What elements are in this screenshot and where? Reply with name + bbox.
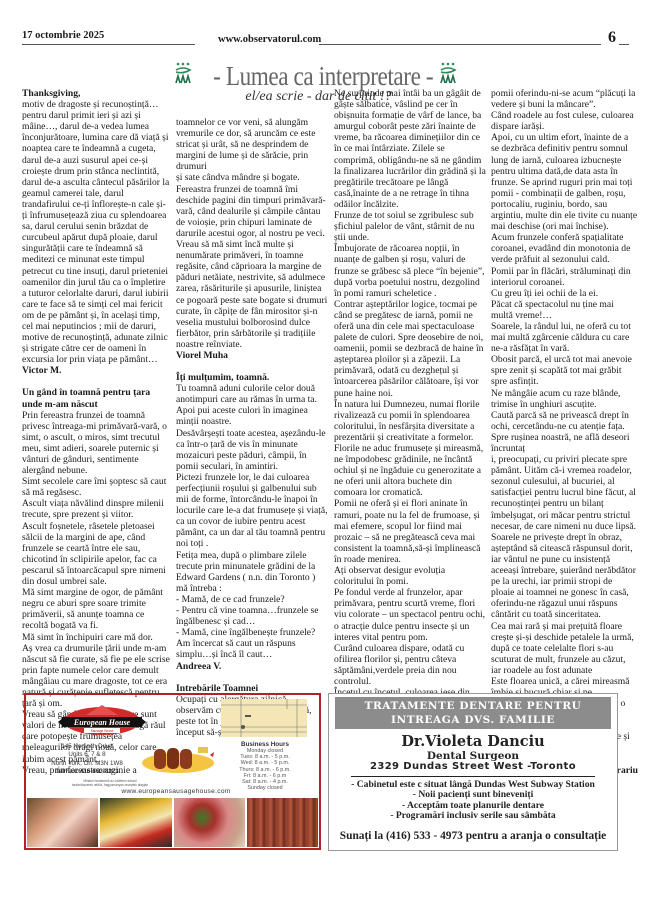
header-rule bbox=[22, 44, 195, 45]
article-title: Thanksgiving, bbox=[22, 88, 170, 99]
people-group-icon bbox=[174, 62, 192, 84]
svg-text:European House: European House bbox=[73, 718, 131, 727]
article-paragraph: Pomii ne oferă și ei flori aninate în ra… bbox=[334, 498, 486, 565]
people-group-icon bbox=[439, 62, 457, 84]
sausages-photo bbox=[247, 798, 318, 847]
article-paragraph: Ne surprinde mai întâi ba un gâgâit de g… bbox=[334, 88, 486, 210]
article-paragraph: Pictezi frunzele lor, le dai culoarea pe… bbox=[176, 472, 328, 550]
article-paragraph: - Mamă, cine îngălbenește frunzele? bbox=[176, 627, 328, 638]
article-paragraph: Ascult foșnetele, râsetele pletoasei săl… bbox=[22, 521, 170, 588]
article-paragraph: Obosit parcă, el urcă tot mai anevoie sp… bbox=[491, 354, 638, 387]
european-house-logo: European House Sausage House bbox=[56, 703, 148, 737]
article-author: Andreea V. bbox=[176, 661, 328, 672]
article-paragraph: Desăvârșești toate acestea, așezându-le … bbox=[176, 428, 328, 472]
dentist-ad[interactable]: TRATAMENTE DENTARE PENTRU INTREAGA DVS. … bbox=[328, 693, 618, 851]
article-paragraph: Păcat că spectacolul nu ține mai multă v… bbox=[491, 299, 638, 321]
cheese-photo bbox=[100, 798, 171, 847]
page-header: 17 octombrie 2025 www.observatorul.com 6 bbox=[22, 30, 624, 50]
article-paragraph: i, preocupați, cu priviri plecate spre p… bbox=[491, 454, 638, 620]
article-paragraph: Spre rușinea noastră, ne află deseori în… bbox=[491, 432, 638, 454]
article-paragraph: Contrar așteptărilor logice, tocmai pe c… bbox=[334, 299, 486, 399]
column-1: Thanksgiving, motiv de dragoste și recun… bbox=[22, 88, 170, 776]
store-website[interactable]: www.europeansausagehouse.com bbox=[66, 788, 286, 795]
article-paragraph-continued: toamnelor ce vor veni, să alungăm vremur… bbox=[176, 117, 328, 184]
article-paragraph: Mă simt în închipuiri care mă dor. bbox=[22, 632, 170, 643]
article-author: Viorel Muha bbox=[176, 350, 328, 361]
article-paragraph: Ne mângâie acum cu raze blânde, trimise … bbox=[491, 388, 638, 410]
article-paragraph: Pe fondul verde al frunzelor, apar primă… bbox=[334, 587, 486, 642]
divider bbox=[351, 776, 595, 777]
article-paragraph: Acum frunzele conferă spațialitate coroa… bbox=[491, 232, 638, 265]
header-rule bbox=[319, 44, 601, 45]
article-paragraph: Am încercat să caut un răspuns simplu…și… bbox=[176, 638, 328, 660]
article-paragraph: Fetița mea, după o plimbare zilele trecu… bbox=[176, 550, 328, 594]
article-paragraph: Prin fereastra frunzei de toamnă privesc… bbox=[22, 410, 170, 477]
page-number: 6 bbox=[608, 29, 616, 47]
column-3: Ne surprinde mai întâi ba un gâgâit de g… bbox=[334, 88, 486, 709]
store-map[interactable] bbox=[221, 699, 307, 737]
clinic-features: - Cabinetul este c situat lângă Dundas W… bbox=[329, 780, 617, 822]
article-paragraph: În natura lui Dumnezeu, numai florile ri… bbox=[334, 399, 486, 499]
store-address: 145 Norfinch Drive Units 6, 7 & 8 North … bbox=[28, 743, 146, 776]
article-paragraph: Vreau să mă simt încă multe și nenumărat… bbox=[176, 239, 328, 350]
article-body: motiv de dragoste și recunoștință… pentr… bbox=[22, 99, 170, 365]
column-4: pomii oferindu-ni-se acum “plăcuți la ve… bbox=[491, 88, 638, 776]
doctor-name: Dr.Violeta Danciu bbox=[329, 733, 617, 750]
call-to-action-phone[interactable]: Sunați la (416) 533 - 4973 pentru a aran… bbox=[329, 830, 617, 842]
article-paragraph: Curând culoarea dispare, odată cu ofilir… bbox=[334, 643, 486, 687]
article-paragraph: Apoi, cu un ultim efort, înainte de a se… bbox=[491, 132, 638, 232]
article-paragraph: Ascult viața năvălind dinspre milenii tr… bbox=[22, 498, 170, 520]
website-link[interactable]: www.observatorul.com bbox=[218, 34, 321, 45]
svg-text:Sausage House: Sausage House bbox=[91, 729, 114, 733]
article-paragraph: Caută parcă să ne privească drept în och… bbox=[491, 410, 638, 432]
product-photos bbox=[27, 798, 318, 847]
article-paragraph: Pomii par în flăcări, străluminați din i… bbox=[491, 266, 638, 288]
article-paragraph: - Mamă, de ce cad frunzele? bbox=[176, 594, 328, 605]
article-paragraph: Îmbujorate de răcoarea nopții, în nuanțe… bbox=[334, 243, 486, 298]
store-note: Minden hústermék az üzletben készül tart… bbox=[30, 779, 190, 787]
article-title: Îți mulțumim, toamnă. bbox=[176, 372, 328, 383]
article-paragraph: Cea mai rară și mai prețuită floare creș… bbox=[491, 621, 638, 676]
clinic-address: 2329 Dundas Street West -Toronto bbox=[329, 761, 617, 772]
article-paragraph: Tu toamnă aduni culorile celor două anot… bbox=[176, 383, 328, 427]
business-hours: Business Hours Monday closed Tues: 8 a.m… bbox=[219, 741, 311, 791]
sausage-house-ad[interactable]: European House Sausage House 145 Norfinc… bbox=[24, 693, 321, 850]
ad-headline-band: TRATAMENTE DENTARE PENTRU INTREAGA DVS. … bbox=[335, 697, 611, 729]
article-paragraph-continued: pomii oferindu-ni-se acum “plăcuți la ve… bbox=[491, 88, 638, 110]
article-paragraph: Fereastra frunzei de toamnă îmi deschide… bbox=[176, 184, 328, 239]
map-icon bbox=[221, 699, 307, 737]
article-paragraph: Când roadele au fost culese, culoarea di… bbox=[491, 110, 638, 132]
article-paragraph: Mă simt margine de ogor, de pământ negru… bbox=[22, 587, 170, 631]
issue-date: 17 octombrie 2025 bbox=[22, 30, 104, 41]
article-paragraph: Cu greu îți iei ochii de la ei. bbox=[491, 288, 638, 299]
column-2: toamnelor ce vor veni, să alungăm vremur… bbox=[176, 117, 328, 738]
feature-item: - Programări inclusiv serile sau sâmbăta bbox=[329, 811, 617, 821]
header-rule bbox=[619, 44, 629, 45]
article-author: Victor M. bbox=[22, 365, 170, 376]
article-title: Un gând în toamnă pentru țara unde m-am … bbox=[22, 387, 170, 409]
article-paragraph: Frunze de tot soiul se zgribulesc sub șf… bbox=[334, 210, 486, 243]
article-paragraph: - Pentru că vine toamna…frunzele se îngă… bbox=[176, 605, 328, 627]
article-paragraph: Simt secolele care îmi șoptesc să caut s… bbox=[22, 476, 170, 498]
cold-cuts-photo bbox=[174, 798, 245, 847]
article-paragraph: Ați observat desigur evoluția coloritulu… bbox=[334, 565, 486, 587]
article-paragraph: Soarele, la rândul lui, ne oferă cu tot … bbox=[491, 321, 638, 354]
sausage-plate-image bbox=[140, 741, 220, 775]
ham-photo bbox=[27, 798, 98, 847]
store-phone[interactable]: Tel/Fax: 416-663-8323 bbox=[28, 768, 146, 776]
